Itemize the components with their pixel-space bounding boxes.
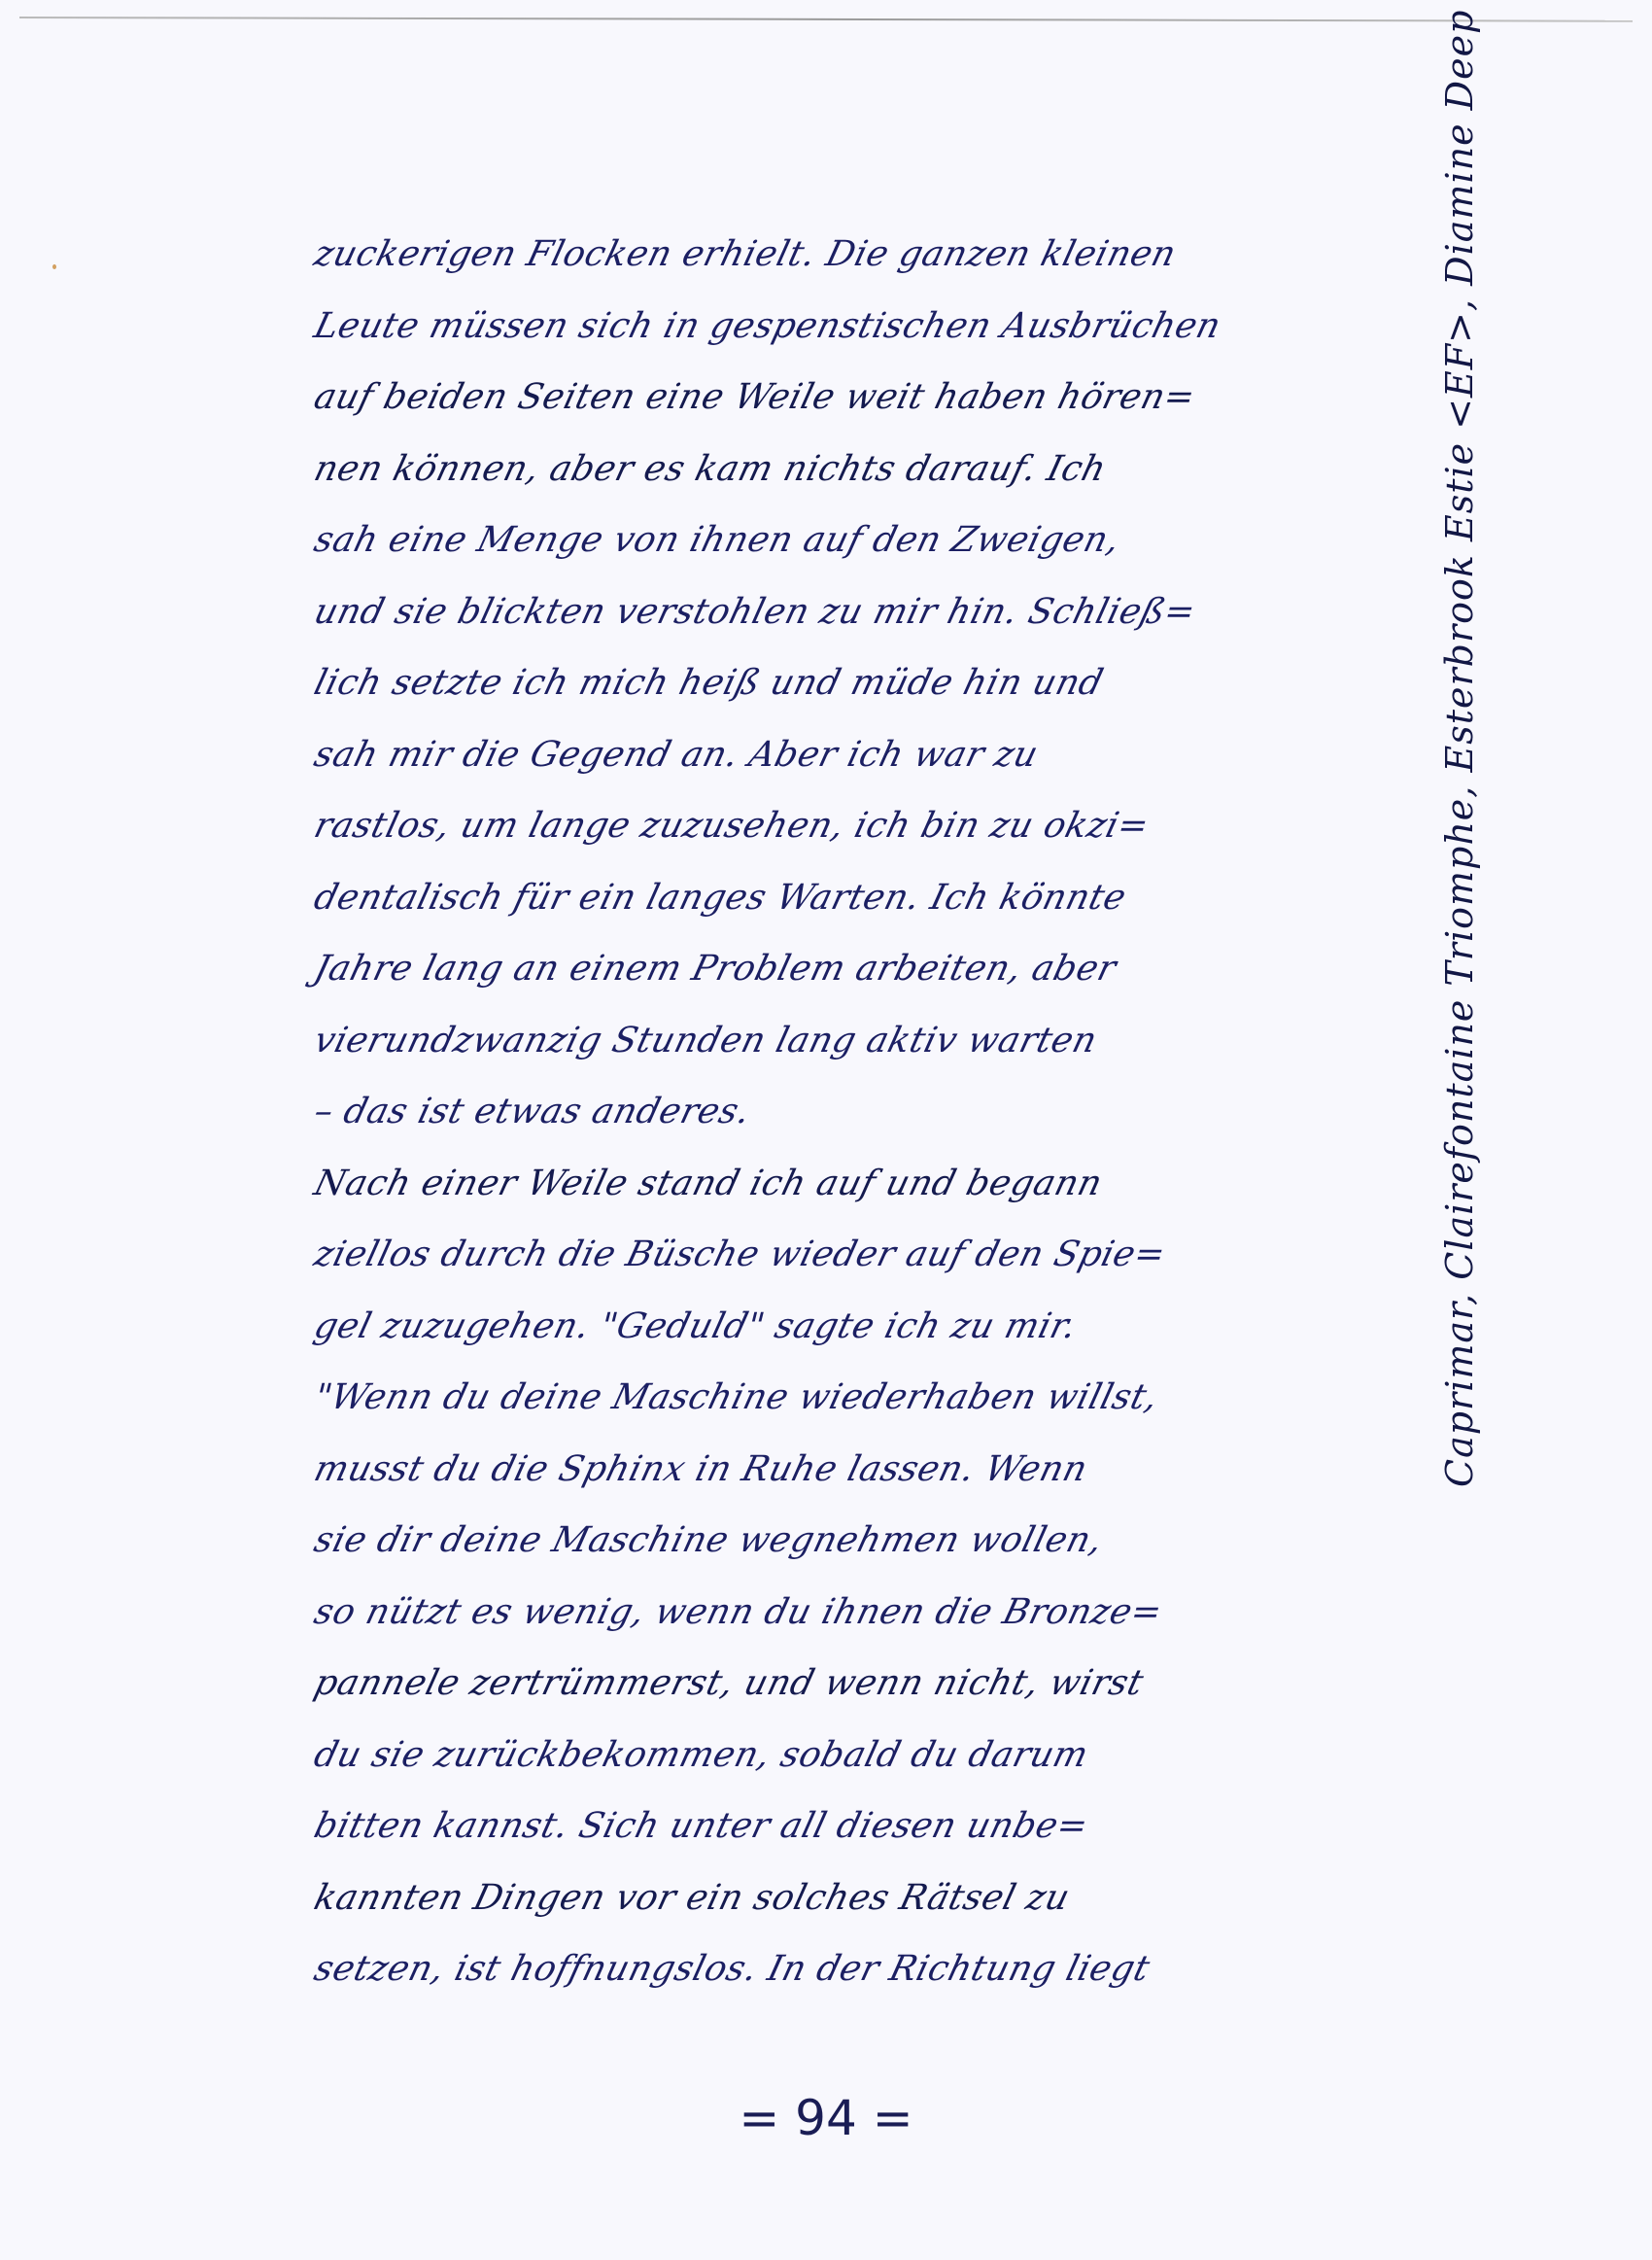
- margin-note-writing-materials: Caprimar, Clairefontaine Triomphe, Ester…: [1438, 0, 1481, 1487]
- text-line: gel zuzugehen. "Geduld" sagte ich zu mir…: [306, 1291, 1412, 1363]
- text-line: dentalisch für ein langes Warten. Ich kö…: [306, 862, 1412, 934]
- page-number: = 94 =: [0, 2090, 1652, 2146]
- text-line: musst du die Sphinx in Ruhe lassen. Wenn: [306, 1434, 1412, 1506]
- text-line: – das ist etwas anderes.: [306, 1076, 1412, 1148]
- text-line: bitten kannst. Sich unter all diesen unb…: [306, 1791, 1412, 1862]
- text-line: lich setzte ich mich heiß und müde hin u…: [306, 647, 1412, 719]
- text-line: sie dir deine Maschine wegnehmen wollen,: [306, 1505, 1412, 1577]
- text-line: so nützt es wenig, wenn du ihnen die Bro…: [306, 1577, 1412, 1649]
- handwritten-body: zuckerigen Flocken erhielt. Die ganzen k…: [306, 219, 1394, 2005]
- scan-edge-line: [19, 17, 1633, 22]
- text-line: sah eine Menge von ihnen auf den Zweigen…: [306, 504, 1412, 576]
- text-line: sah mir die Gegend an. Aber ich war zu: [306, 719, 1412, 791]
- text-line: kannten Dingen vor ein solches Rätsel zu: [306, 1862, 1412, 1934]
- text-line: Nach einer Weile stand ich auf und began…: [306, 1148, 1412, 1220]
- text-line: du sie zurückbekommen, sobald du darum: [306, 1720, 1412, 1791]
- text-line: ziellos durch die Büsche wieder auf den …: [306, 1219, 1412, 1291]
- text-line: zuckerigen Flocken erhielt. Die ganzen k…: [306, 219, 1412, 291]
- text-line: und sie blickten verstohlen zu mir hin. …: [306, 576, 1412, 648]
- text-line: Jahre lang an einem Problem arbeiten, ab…: [306, 933, 1412, 1005]
- text-line: "Wenn du deine Maschine wiederhaben will…: [306, 1362, 1412, 1434]
- text-line: Leute müssen sich in gespenstischen Ausb…: [306, 291, 1412, 363]
- text-line: pannele zertrümmerst, und wenn nicht, wi…: [306, 1648, 1412, 1720]
- text-line: setzen, ist hoffnungslos. In der Richtun…: [306, 1933, 1412, 2005]
- text-line: vierundzwanzig Stunden lang aktiv warten: [306, 1005, 1412, 1077]
- text-line: rastlos, um lange zuzusehen, ich bin zu …: [306, 790, 1412, 862]
- scan-speck: [52, 264, 56, 269]
- text-line: auf beiden Seiten eine Weile weit haben …: [306, 362, 1412, 434]
- text-line: nen können, aber es kam nichts darauf. I…: [306, 434, 1412, 505]
